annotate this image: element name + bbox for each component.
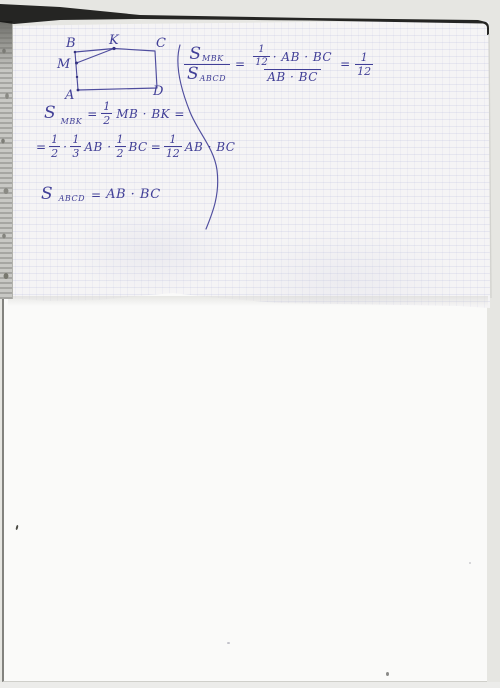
numerator: 1 (101, 101, 112, 113)
point-label-k: K (109, 33, 119, 48)
dot-operator: · (63, 141, 67, 153)
numerator: 1 (115, 134, 126, 146)
equals-sign: = (235, 58, 245, 70)
s-symbol: S (44, 105, 56, 122)
denominator: 3 (70, 146, 81, 159)
s-symbol: S (187, 66, 199, 83)
product-mb-bk: MB · BK = (116, 108, 185, 120)
scanned-page: B K C M A D S MBK S ABCD = 1 12 · AB · B… (0, 0, 500, 688)
point-label-c: C (156, 36, 166, 51)
dust-speck (469, 562, 471, 564)
numerator: 1 (167, 134, 178, 146)
equals-sign: = (151, 141, 161, 153)
equals-sign: = (91, 189, 101, 201)
dust-speck (227, 642, 230, 644)
point-label-m: M (57, 57, 70, 72)
denominator: 12 (164, 146, 182, 159)
fraction-one-twelfth: 1 12 (164, 134, 182, 159)
numerator: 1 (359, 52, 370, 64)
formula-line-2: = 1 2 · 1 3 AB · 1 2 BC = 1 12 AB · BC (36, 134, 235, 159)
numerator: 1 (49, 134, 60, 146)
subscript-abcd: ABCD (59, 195, 85, 203)
denominator: 2 (49, 146, 60, 159)
coef-fraction: 1 12 (253, 45, 270, 68)
denominator: 2 (115, 146, 126, 159)
ink-speck (386, 672, 389, 676)
denominator-product: AB · BC (267, 71, 318, 83)
subscript-mbk: MBK (202, 55, 224, 63)
term-bc: BC (129, 141, 148, 153)
numerator: 1 (256, 45, 266, 56)
point-label-b: B (66, 36, 76, 51)
s-symbol: S (189, 46, 201, 63)
equals-sign: = (340, 58, 350, 70)
term-ab-bc: AB · BC (106, 188, 161, 201)
scanner-bed-bottom (0, 682, 500, 688)
fraction-one-half-2: 1 2 (115, 134, 126, 159)
subscript-mbk: MBK (61, 118, 83, 126)
denominator: 2 (101, 113, 112, 126)
equals-sign: = (36, 141, 46, 153)
result-fraction: 1 12 (355, 52, 373, 77)
torn-edge-shadow (8, 296, 488, 306)
half-fraction: 1 2 (101, 101, 112, 126)
subscript-abcd: ABCD (200, 75, 226, 83)
formula-line-3: S ABCD = AB · BC (41, 186, 161, 203)
middle-fraction: 1 12 · AB · BC AB · BC (250, 44, 335, 84)
denominator: 12 (253, 56, 270, 68)
term-ab: AB · (84, 141, 111, 153)
formula-line-1: S MBK = 1 2 MB · BK = (44, 101, 185, 126)
torn-binding-edge (0, 21, 13, 299)
numerator-product: · AB · BC (273, 51, 332, 63)
numerator: 1 (70, 134, 81, 146)
equals-sign: = (87, 108, 97, 120)
denominator: 12 (355, 64, 373, 77)
under-sheet (2, 292, 487, 682)
ratio-formula: S MBK S ABCD = 1 12 · AB · BC AB · BC = (184, 44, 373, 84)
fraction-one-third: 1 3 (70, 134, 81, 159)
s-symbol: S (41, 186, 53, 203)
point-label-d: D (153, 84, 163, 99)
term-ab-bc: AB · BC (185, 141, 236, 153)
fraction-one-half: 1 2 (49, 134, 60, 159)
area-ratio-fraction: S MBK S ABCD (184, 45, 230, 84)
